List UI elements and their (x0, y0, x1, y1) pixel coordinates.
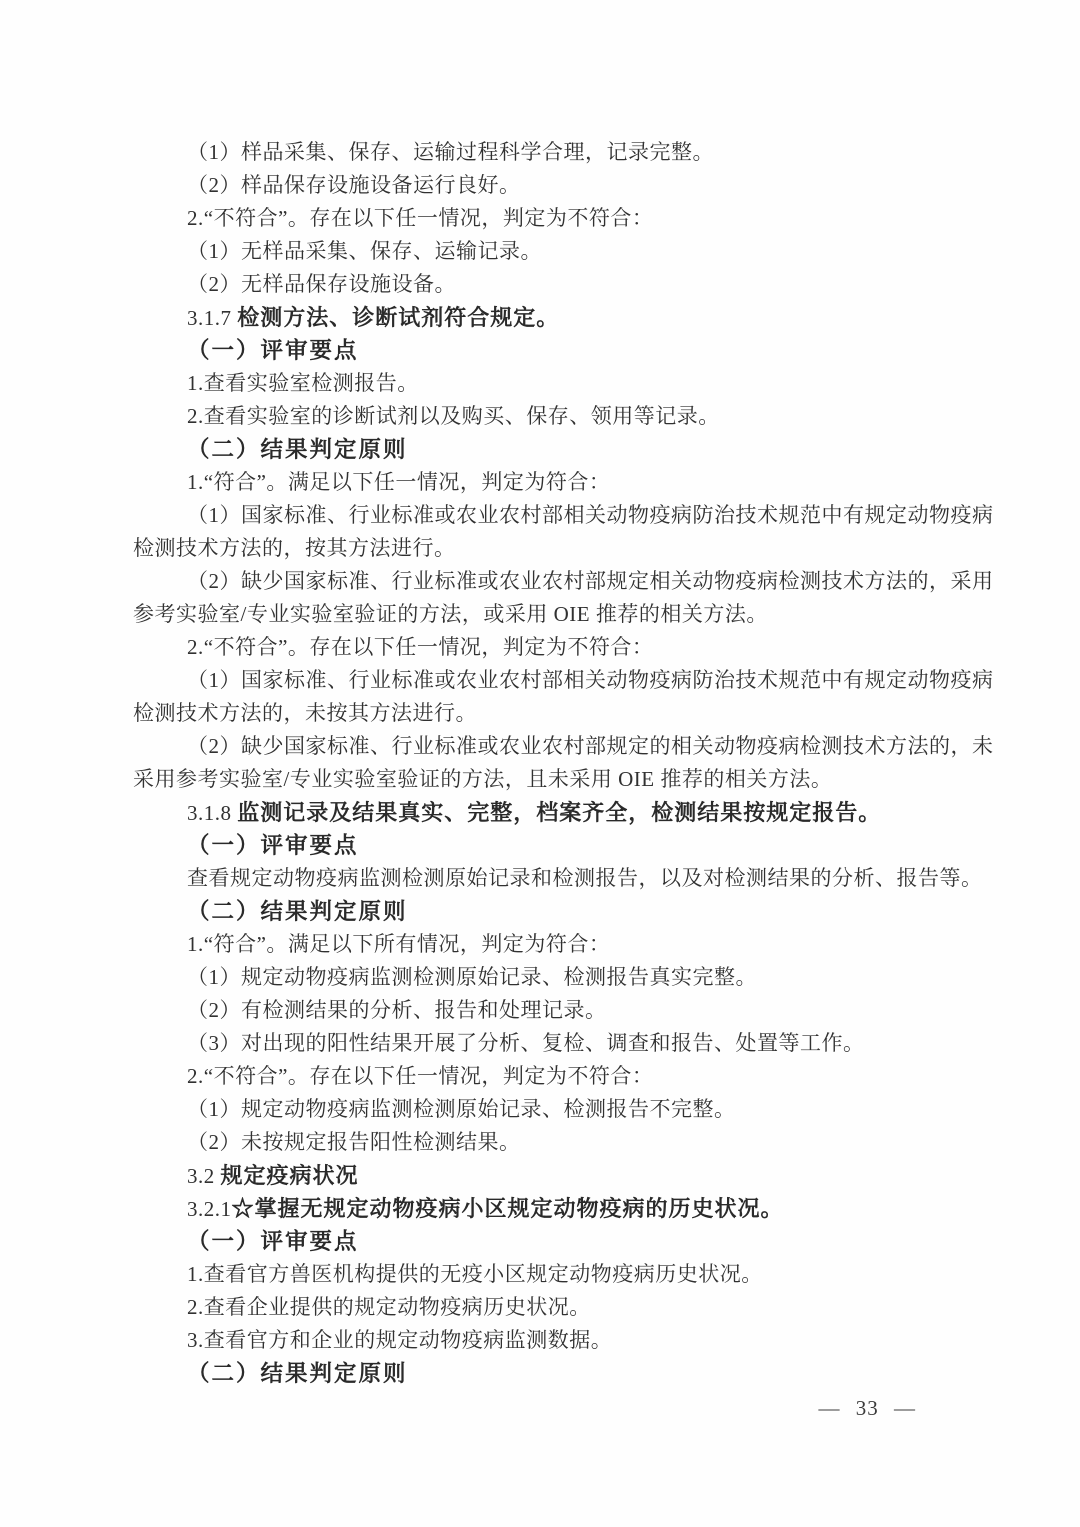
paragraph-line: （2）样品保存设施设备运行良好。 (133, 169, 947, 202)
sub-heading: （一）评审要点 (133, 334, 947, 367)
paragraph-line: 2.查看实验室的诊断试剂以及购买、保存、领用等记录。 (133, 400, 947, 433)
paragraph-line: 2.“不符合”。存在以下任一情况，判定为不符合： (133, 1060, 947, 1093)
sub-heading: （二）结果判定原则 (133, 895, 947, 928)
paragraph-line: （1）样品采集、保存、运输过程科学合理，记录完整。 (133, 136, 947, 169)
paragraph-continuation-line: 检测技术方法的，未按其方法进行。 (133, 697, 947, 730)
paragraph-continuation-line: 采用参考实验室/专业实验室验证的方法，且未采用 OIE 推荐的相关方法。 (133, 763, 947, 796)
document-page: （1）样品采集、保存、运输过程科学合理，记录完整。（2）样品保存设施设备运行良好… (0, 0, 1080, 1527)
section-title: ☆掌握无规定动物疫病小区规定动物疫病的历史状况。 (232, 1196, 784, 1221)
section-title: 监测记录及结果真实、完整，档案齐全，检测结果按规定报告。 (237, 800, 881, 825)
paragraph-line: （1）国家标准、行业标准或农业农村部相关动物疫病防治技术规范中有规定动物疫病 (133, 499, 947, 532)
section-number: 3.2.1 (187, 1197, 232, 1221)
sub-heading: （一）评审要点 (133, 829, 947, 862)
paragraph-line: （1）无样品采集、保存、运输记录。 (133, 235, 947, 268)
paragraph-line: 2.查看企业提供的规定动物疫病历史状况。 (133, 1291, 947, 1324)
paragraph-line: （1）规定动物疫病监测检测原始记录、检测报告真实完整。 (133, 961, 947, 994)
paragraph-line: 2.“不符合”。存在以下任一情况，判定为不符合： (133, 631, 947, 664)
paragraph-line: （2）未按规定报告阳性检测结果。 (133, 1126, 947, 1159)
paragraph-line: 1.“符合”。满足以下任一情况，判定为符合： (133, 466, 947, 499)
sub-heading: （二）结果判定原则 (133, 433, 947, 466)
section-number: 3.2 (187, 1164, 221, 1188)
section-heading: 3.2 规定疫病状况 (133, 1159, 947, 1192)
paragraph-line: 2.“不符合”。存在以下任一情况，判定为不符合： (133, 202, 947, 235)
section-number: 3.1.8 (187, 801, 237, 825)
paragraph-line: （3）对出现的阳性结果开展了分析、复检、调查和报告、处置等工作。 (133, 1027, 947, 1060)
paragraph-line: （2）缺少国家标准、行业标准或农业农村部规定的相关动物疫病检测技术方法的，未 (133, 730, 947, 763)
paragraph-line: （1）规定动物疫病监测检测原始记录、检测报告不完整。 (133, 1093, 947, 1126)
paragraph-line: 3.查看官方和企业的规定动物疫病监测数据。 (133, 1324, 947, 1357)
paragraph-line: 1.查看实验室检测报告。 (133, 367, 947, 400)
section-title: 规定疫病状况 (221, 1163, 359, 1188)
sub-heading: （二）结果判定原则 (133, 1357, 947, 1390)
paragraph-continuation-line: 检测技术方法的，按其方法进行。 (133, 532, 947, 565)
paragraph-line: （2）缺少国家标准、行业标准或农业农村部规定相关动物疫病检测技术方法的，采用 (133, 565, 947, 598)
section-heading: 3.1.8 监测记录及结果真实、完整，档案齐全，检测结果按规定报告。 (133, 796, 947, 829)
page-number: — 33 — (819, 1392, 917, 1425)
paragraph-line: 1.查看官方兽医机构提供的无疫小区规定动物疫病历史状况。 (133, 1258, 947, 1291)
sub-heading: （一）评审要点 (133, 1225, 947, 1258)
section-heading: 3.1.7 检测方法、诊断试剂符合规定。 (133, 301, 947, 334)
section-number: 3.1.7 (187, 306, 237, 330)
paragraph-line: 查看规定动物疫病监测检测原始记录和检测报告，以及对检测结果的分析、报告等。 (133, 862, 947, 895)
paragraph-line: 1.“符合”。满足以下所有情况，判定为符合： (133, 928, 947, 961)
section-heading: 3.2.1☆掌握无规定动物疫病小区规定动物疫病的历史状况。 (133, 1192, 947, 1225)
paragraph-line: （2）有检测结果的分析、报告和处理记录。 (133, 994, 947, 1027)
section-title: 检测方法、诊断试剂符合规定。 (237, 305, 559, 330)
document-body: （1）样品采集、保存、运输过程科学合理，记录完整。（2）样品保存设施设备运行良好… (133, 136, 947, 1390)
paragraph-line: （2）无样品保存设施设备。 (133, 268, 947, 301)
paragraph-continuation-line: 参考实验室/专业实验室验证的方法，或采用 OIE 推荐的相关方法。 (133, 598, 947, 631)
paragraph-line: （1）国家标准、行业标准或农业农村部相关动物疫病防治技术规范中有规定动物疫病 (133, 664, 947, 697)
